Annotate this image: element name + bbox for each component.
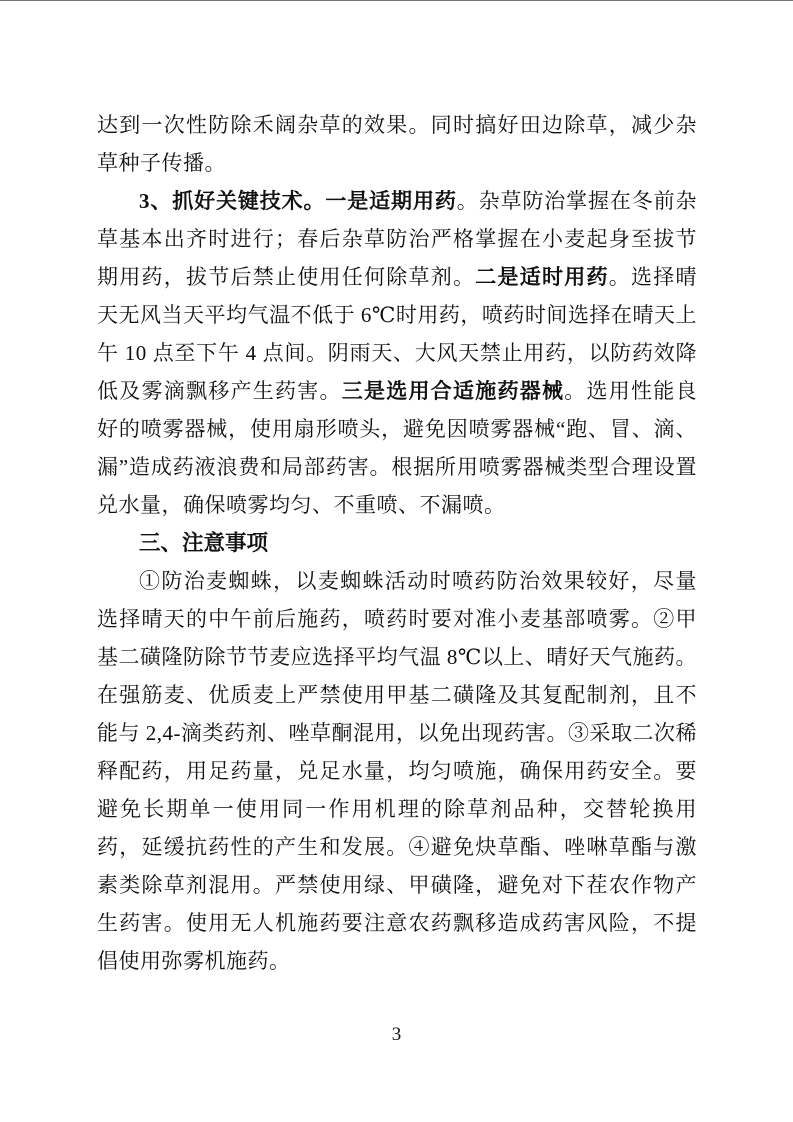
bold-run-key-techniques: 3、抓好关键技术。一是适期用药 bbox=[139, 189, 457, 213]
document-page: 达到一次性防除禾阔杂草的效果。同时搞好田边除草，减少杂草种子传播。 3、抓好关键… bbox=[0, 0, 793, 1122]
body-paragraph-precautions: ①防治麦蜘蛛，以麦蜘蛛活动时喷药防治效果较好，尽量选择晴天的中午前后施药，喷药时… bbox=[97, 562, 697, 980]
page-top-edge-line bbox=[0, 0, 793, 1]
body-paragraph-key-techniques: 3、抓好关键技术。一是适期用药。杂草防治掌握在冬前杂草基本出齐时进行；春后杂草防… bbox=[97, 182, 697, 524]
body-paragraph-continuation: 达到一次性防除禾阔杂草的效果。同时搞好田边除草，减少杂草种子传播。 bbox=[97, 106, 697, 182]
bold-run-timely-application: 二是适时用药 bbox=[475, 265, 609, 289]
page-number: 3 bbox=[0, 1022, 793, 1048]
section-heading-precautions: 三、注意事项 bbox=[97, 524, 697, 562]
bold-run-equipment-selection: 三是选用合适施药器械 bbox=[342, 379, 565, 403]
text-column: 达到一次性防除禾阔杂草的效果。同时搞好田边除草，减少杂草种子传播。 3、抓好关键… bbox=[97, 106, 697, 980]
